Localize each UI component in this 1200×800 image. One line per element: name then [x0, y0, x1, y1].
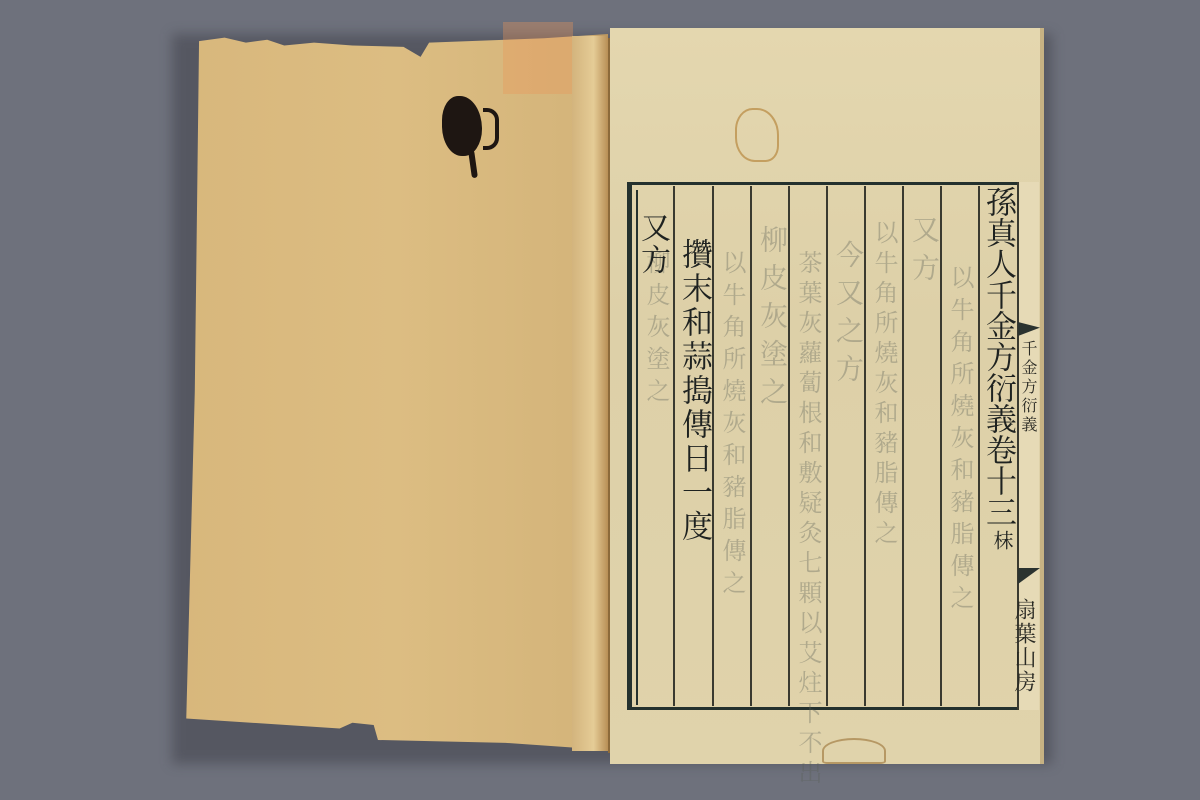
recipe-heading: 攢末和蒜搗傳日一度: [678, 238, 709, 544]
publisher-mark: 扇葉山房: [1012, 598, 1034, 694]
bleed-through-column: 以牛角所燒灰和豬脂傳之: [720, 250, 744, 602]
left-cover-page: [182, 34, 608, 750]
bleed-through-column: 以牛角所燒灰和豬脂傳之: [948, 265, 972, 617]
column-rule: [673, 186, 675, 706]
bleed-through-column: 以牛角所燒灰和豬脂傳之: [872, 220, 896, 550]
title-annotation: 枺: [992, 530, 1012, 553]
page-fold-strip: [572, 36, 608, 751]
column-rule: [902, 186, 904, 706]
column-rule: [826, 186, 828, 706]
seal-stamp-faded: [503, 22, 573, 94]
recipe-heading-alt: 又方: [637, 212, 667, 276]
center-fold-title: 千金方衍義: [1020, 340, 1036, 435]
bleed-through-column: 柳皮灰塗之: [758, 225, 786, 415]
column-rule: [712, 186, 714, 706]
column-rule: [750, 186, 752, 706]
paper-tear-top: [735, 108, 779, 162]
bleed-through-column: 茶葉灰蘿蔔根和敷疑灸七顆以艾炷下不出: [796, 250, 820, 790]
book-photo: 又方 以牛角所燒灰和豬脂傳之 以牛角所燒灰和豬脂傳之 今又之方 茶葉灰蘿蔔根和敷…: [0, 0, 1200, 800]
bleed-through-column: 又方: [910, 215, 938, 291]
volume-title: 孫真人千金方衍義卷十三: [982, 186, 1013, 527]
paper-tear-bottom: [822, 738, 886, 764]
ink-blot-curl: [483, 108, 499, 150]
bleed-through-column: 今又之方: [834, 240, 862, 392]
